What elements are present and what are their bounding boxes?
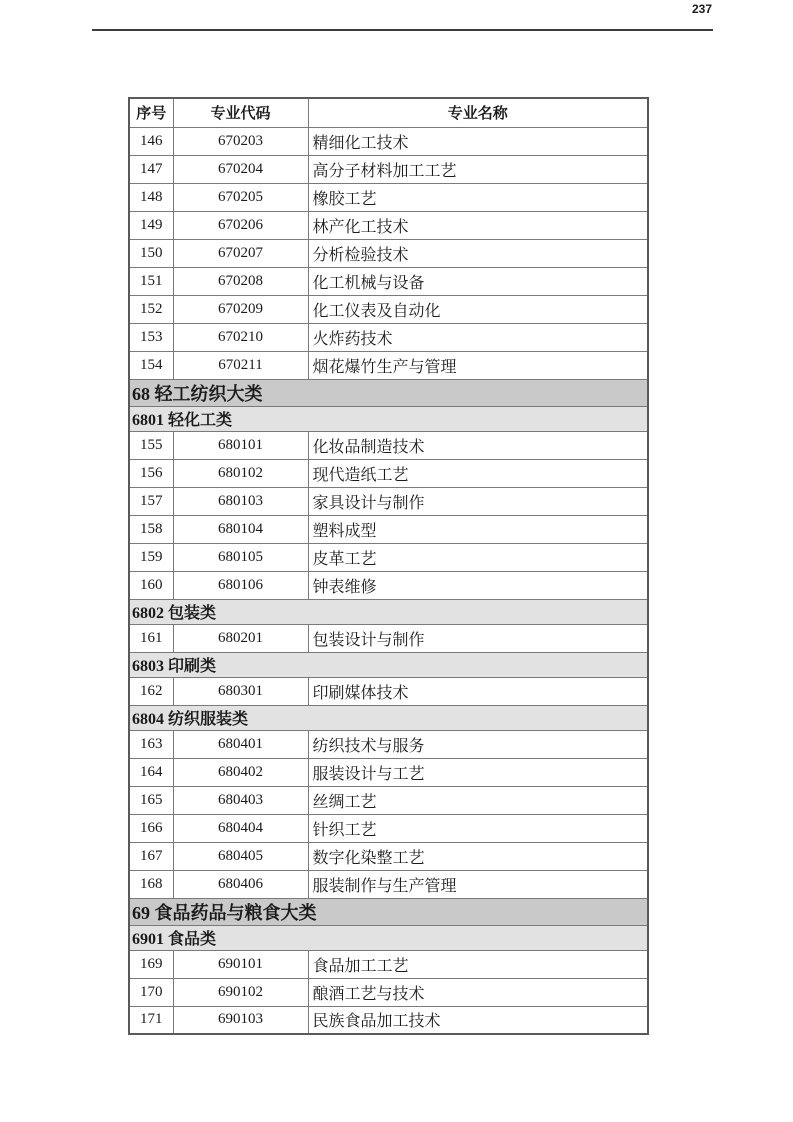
major-name-cell: 精细化工技术 [308, 127, 648, 155]
major-code-cell: 680101 [173, 431, 308, 459]
table-row: 164680402服装设计与工艺 [129, 758, 648, 786]
major-code-cell: 680402 [173, 758, 308, 786]
table-body: 146670203精细化工技术147670204高分子材料加工工艺1486702… [129, 127, 648, 1034]
major-name-cell: 塑料成型 [308, 515, 648, 543]
subcategory-row: 6802 包装类 [129, 599, 648, 624]
subcategory-label: 6801 轻化工类 [129, 406, 648, 431]
subcategory-label: 6803 印刷类 [129, 652, 648, 677]
major-name-cell: 火炸药技术 [308, 323, 648, 351]
major-code-cell: 680103 [173, 487, 308, 515]
major-name-cell: 民族食品加工技术 [308, 1006, 648, 1034]
table-row: 158680104塑料成型 [129, 515, 648, 543]
major-name-cell: 针织工艺 [308, 814, 648, 842]
major-code-cell: 670209 [173, 295, 308, 323]
table-row: 165680403丝绸工艺 [129, 786, 648, 814]
subcategory-label: 6901 食品类 [129, 925, 648, 950]
subcategory-row: 6804 纺织服装类 [129, 705, 648, 730]
table-row: 162680301印刷媒体技术 [129, 677, 648, 705]
major-code-cell: 680105 [173, 543, 308, 571]
column-header-index: 序号 [129, 98, 173, 127]
row-index-cell: 147 [129, 155, 173, 183]
major-name-cell: 橡胶工艺 [308, 183, 648, 211]
majors-table: 序号 专业代码 专业名称 146670203精细化工技术147670204高分子… [128, 97, 649, 1035]
major-code-cell: 680401 [173, 730, 308, 758]
major-code-cell: 670204 [173, 155, 308, 183]
major-name-cell: 服装制作与生产管理 [308, 870, 648, 898]
major-code-cell: 680405 [173, 842, 308, 870]
table-row: 155680101化妆品制造技术 [129, 431, 648, 459]
table-row: 160680106钟表维修 [129, 571, 648, 599]
row-index-cell: 154 [129, 351, 173, 379]
subcategory-row: 6803 印刷类 [129, 652, 648, 677]
category-label: 69 食品药品与粮食大类 [129, 898, 648, 925]
major-code-cell: 680102 [173, 459, 308, 487]
table-row: 170690102酿酒工艺与技术 [129, 978, 648, 1006]
major-name-cell: 丝绸工艺 [308, 786, 648, 814]
category-row: 69 食品药品与粮食大类 [129, 898, 648, 925]
row-index-cell: 167 [129, 842, 173, 870]
row-index-cell: 155 [129, 431, 173, 459]
subcategory-label: 6804 纺织服装类 [129, 705, 648, 730]
major-code-cell: 670207 [173, 239, 308, 267]
row-index-cell: 159 [129, 543, 173, 571]
table-row: 168680406服装制作与生产管理 [129, 870, 648, 898]
major-name-cell: 现代造纸工艺 [308, 459, 648, 487]
table-row: 163680401纺织技术与服务 [129, 730, 648, 758]
row-index-cell: 161 [129, 624, 173, 652]
header-rule [92, 29, 713, 31]
row-index-cell: 162 [129, 677, 173, 705]
major-name-cell: 化工机械与设备 [308, 267, 648, 295]
major-name-cell: 印刷媒体技术 [308, 677, 648, 705]
major-name-cell: 数字化染整工艺 [308, 842, 648, 870]
table-row: 154670211烟花爆竹生产与管理 [129, 351, 648, 379]
table-row: 157680103家具设计与制作 [129, 487, 648, 515]
major-name-cell: 化妆品制造技术 [308, 431, 648, 459]
major-name-cell: 分析检验技术 [308, 239, 648, 267]
major-code-cell: 670210 [173, 323, 308, 351]
row-index-cell: 151 [129, 267, 173, 295]
page-number: 237 [692, 2, 712, 16]
major-name-cell: 服装设计与工艺 [308, 758, 648, 786]
row-index-cell: 148 [129, 183, 173, 211]
row-index-cell: 153 [129, 323, 173, 351]
row-index-cell: 156 [129, 459, 173, 487]
table-header: 序号 专业代码 专业名称 [129, 98, 648, 127]
major-code-cell: 670203 [173, 127, 308, 155]
row-index-cell: 165 [129, 786, 173, 814]
table-row: 147670204高分子材料加工工艺 [129, 155, 648, 183]
major-code-cell: 680106 [173, 571, 308, 599]
table-row: 151670208化工机械与设备 [129, 267, 648, 295]
major-name-cell: 钟表维修 [308, 571, 648, 599]
table-row: 146670203精细化工技术 [129, 127, 648, 155]
row-index-cell: 158 [129, 515, 173, 543]
major-code-cell: 680404 [173, 814, 308, 842]
row-index-cell: 170 [129, 978, 173, 1006]
row-index-cell: 166 [129, 814, 173, 842]
table-row: 150670207分析检验技术 [129, 239, 648, 267]
major-name-cell: 高分子材料加工工艺 [308, 155, 648, 183]
row-index-cell: 163 [129, 730, 173, 758]
category-row: 68 轻工纺织大类 [129, 379, 648, 406]
row-index-cell: 149 [129, 211, 173, 239]
table-row: 153670210火炸药技术 [129, 323, 648, 351]
row-index-cell: 164 [129, 758, 173, 786]
major-name-cell: 烟花爆竹生产与管理 [308, 351, 648, 379]
major-name-cell: 化工仪表及自动化 [308, 295, 648, 323]
major-code-cell: 670211 [173, 351, 308, 379]
table-row: 159680105皮革工艺 [129, 543, 648, 571]
table-row: 148670205橡胶工艺 [129, 183, 648, 211]
major-name-cell: 酿酒工艺与技术 [308, 978, 648, 1006]
subcategory-row: 6801 轻化工类 [129, 406, 648, 431]
major-code-cell: 670208 [173, 267, 308, 295]
major-code-cell: 670206 [173, 211, 308, 239]
major-name-cell: 家具设计与制作 [308, 487, 648, 515]
major-name-cell: 纺织技术与服务 [308, 730, 648, 758]
major-name-cell: 食品加工工艺 [308, 950, 648, 978]
column-header-major-code: 专业代码 [173, 98, 308, 127]
table-row: 171690103民族食品加工技术 [129, 1006, 648, 1034]
table-row: 167680405数字化染整工艺 [129, 842, 648, 870]
major-code-cell: 680301 [173, 677, 308, 705]
row-index-cell: 171 [129, 1006, 173, 1034]
table-row: 161680201包装设计与制作 [129, 624, 648, 652]
subcategory-label: 6802 包装类 [129, 599, 648, 624]
major-name-cell: 皮革工艺 [308, 543, 648, 571]
row-index-cell: 168 [129, 870, 173, 898]
table-row: 156680102现代造纸工艺 [129, 459, 648, 487]
table-row: 166680404针织工艺 [129, 814, 648, 842]
major-code-cell: 690103 [173, 1006, 308, 1034]
subcategory-row: 6901 食品类 [129, 925, 648, 950]
row-index-cell: 150 [129, 239, 173, 267]
category-label: 68 轻工纺织大类 [129, 379, 648, 406]
column-header-major-name: 专业名称 [308, 98, 648, 127]
major-code-cell: 680201 [173, 624, 308, 652]
table-row: 169690101食品加工工艺 [129, 950, 648, 978]
table-row: 149670206林产化工技术 [129, 211, 648, 239]
row-index-cell: 152 [129, 295, 173, 323]
major-code-cell: 680104 [173, 515, 308, 543]
row-index-cell: 169 [129, 950, 173, 978]
major-code-cell: 680406 [173, 870, 308, 898]
table-row: 152670209化工仪表及自动化 [129, 295, 648, 323]
table-header-row: 序号 专业代码 专业名称 [129, 98, 648, 127]
major-code-cell: 670205 [173, 183, 308, 211]
major-name-cell: 林产化工技术 [308, 211, 648, 239]
major-name-cell: 包装设计与制作 [308, 624, 648, 652]
row-index-cell: 157 [129, 487, 173, 515]
row-index-cell: 160 [129, 571, 173, 599]
major-code-cell: 690102 [173, 978, 308, 1006]
row-index-cell: 146 [129, 127, 173, 155]
major-code-cell: 690101 [173, 950, 308, 978]
major-code-cell: 680403 [173, 786, 308, 814]
